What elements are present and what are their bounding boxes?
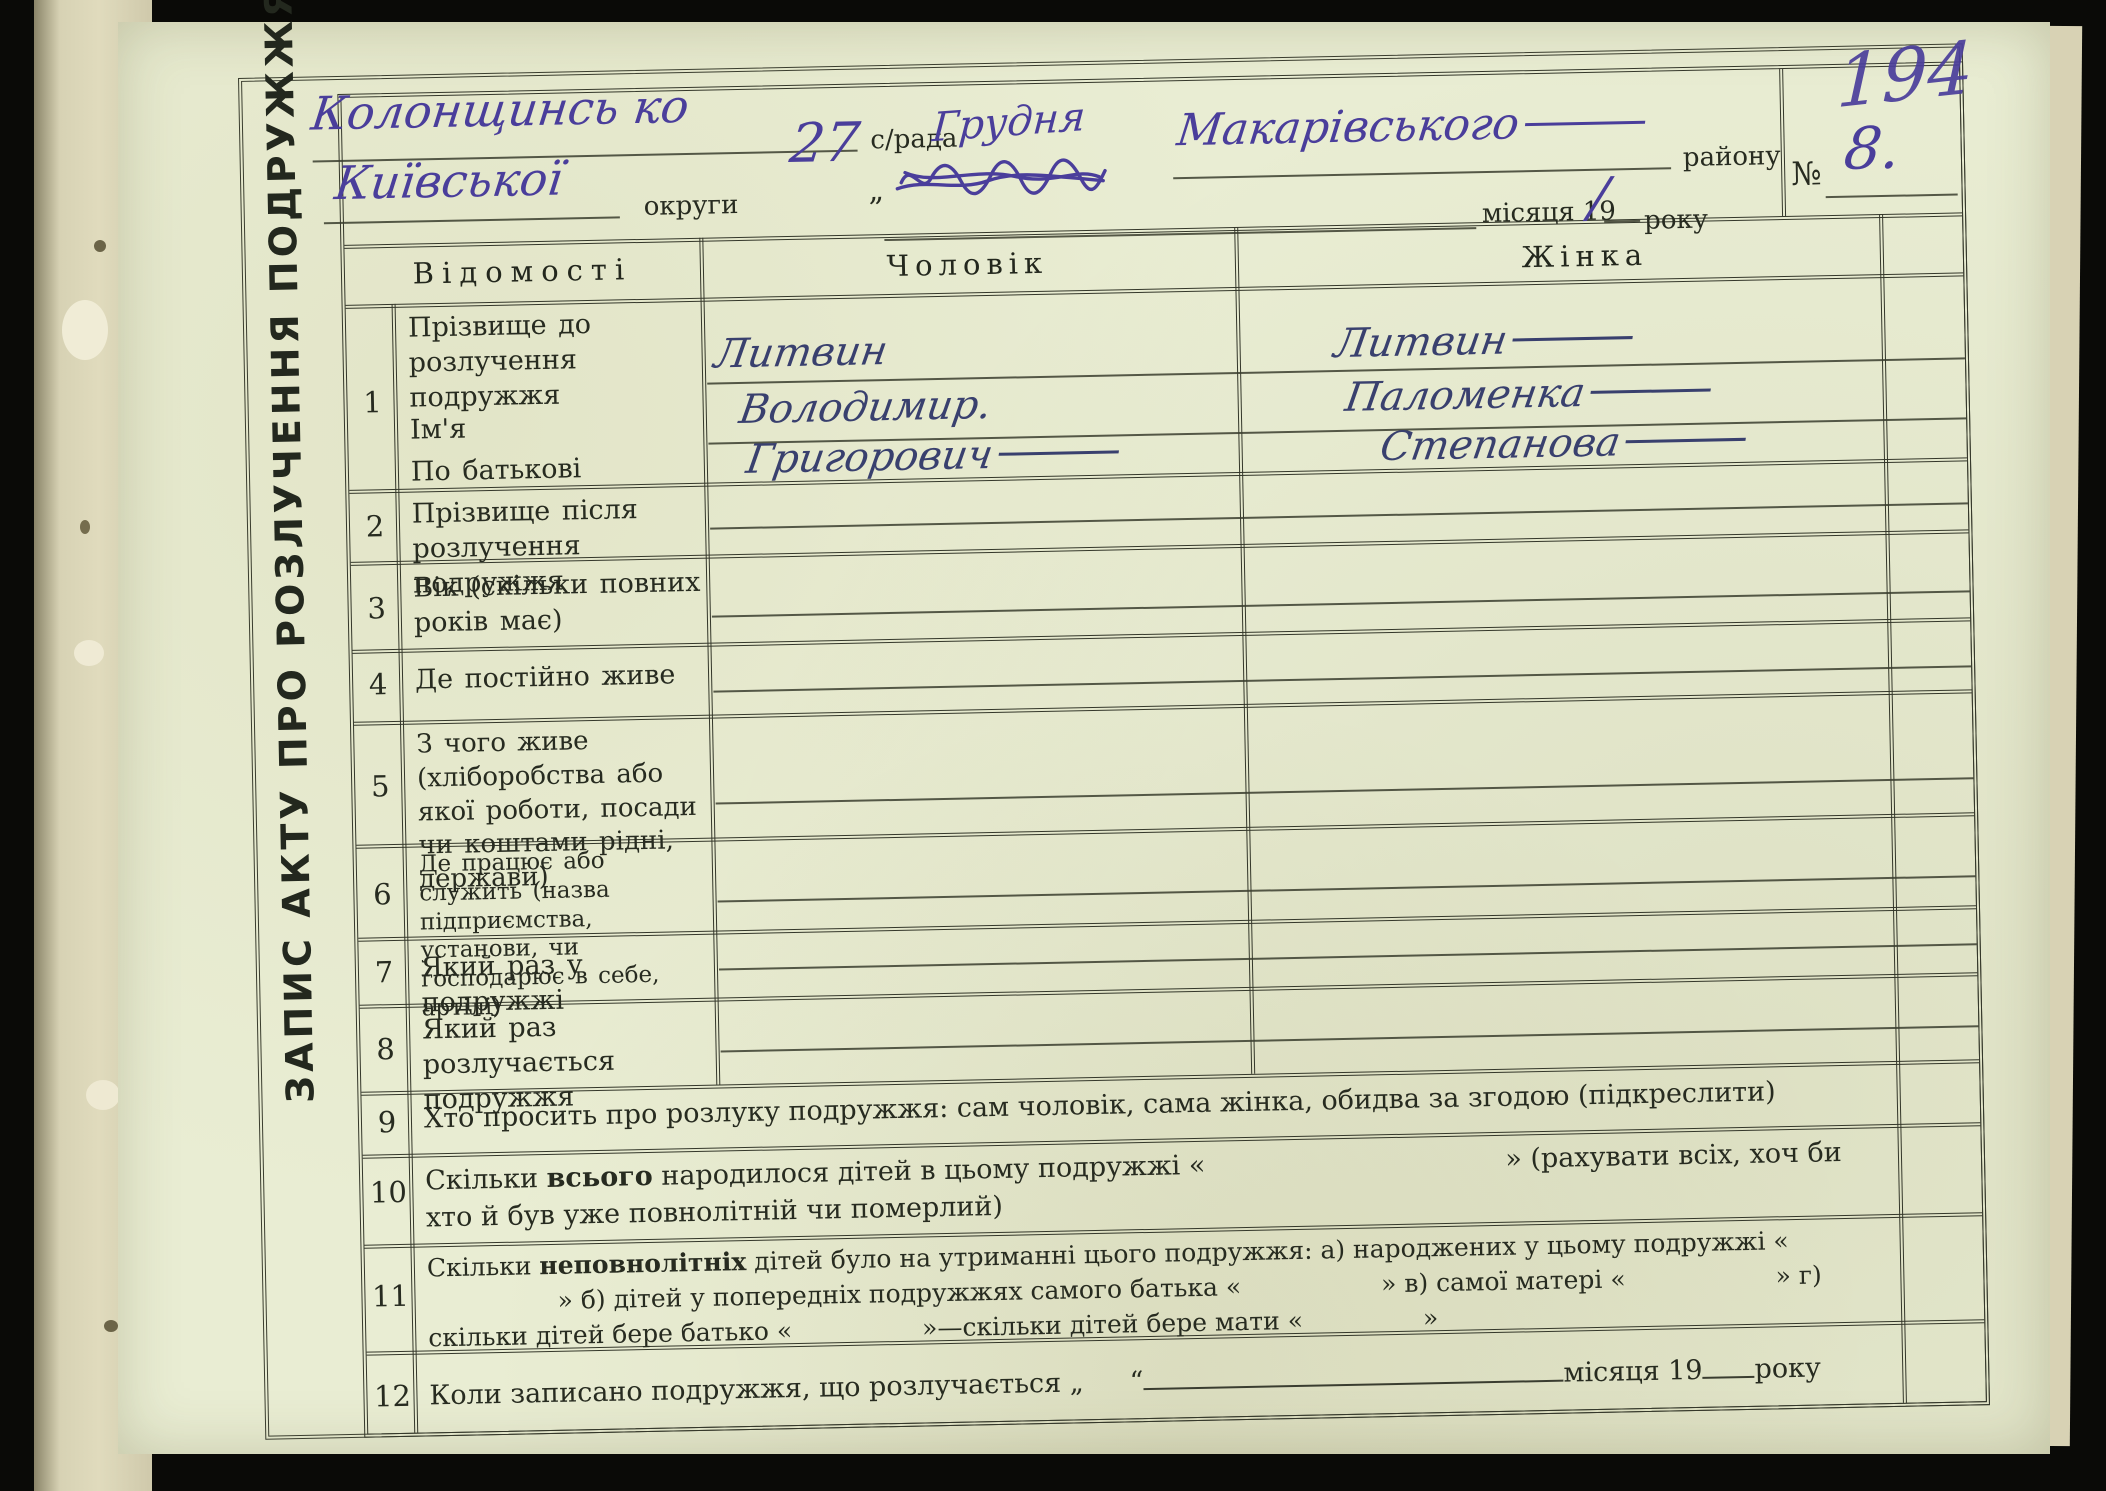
column-header-husband: Чоловік (700, 242, 1236, 287)
row-divider (354, 689, 1972, 725)
form-table: с/рада округи району „ місяця 19 року № … (337, 61, 1990, 1437)
scanned-photo-background: ЗАПИС АКТУ ПРО РОЗЛУЧЕННЯ ПОДРУЖЖЯ (0, 0, 2106, 1491)
column-header-wife: Жінка (1235, 232, 1936, 280)
column-header-info: Відомості (345, 251, 701, 292)
row11-blank-gap (1241, 1292, 1381, 1295)
row3-label: Вік (скільки повних років має) (413, 565, 702, 641)
act-number-handwritten-value: 8. (1841, 119, 1903, 178)
okruha-label: округи (643, 190, 738, 222)
row-number: 12 (371, 1379, 414, 1414)
row-number: 5 (359, 769, 402, 804)
row-number: 2 (354, 509, 397, 544)
husband-patronymic-handwritten: Григорович (744, 432, 1122, 480)
row11-blank-gap (792, 1337, 922, 1340)
row10-text: Скільки (425, 1163, 547, 1196)
row7-writing-line (719, 943, 1977, 970)
row1-label-patronymic: По батькові (411, 449, 700, 490)
raion-handwritten-value: Макарівського (1175, 100, 1648, 154)
vertical-form-title: ЗАПИС АКТУ ПРО РОЗЛУЧЕННЯ ПОДРУЖЖЯ (260, 153, 323, 1104)
row-number: 11 (369, 1279, 412, 1314)
day-open-quote: „ (868, 173, 884, 208)
row12-text: Коли записано подружжя, що розлучається … (429, 1367, 1084, 1411)
council-handwritten-value: Колонщинсь ко (309, 83, 692, 137)
row11-blank-gap (1303, 1326, 1423, 1328)
row6-writing-line (718, 875, 1976, 902)
stain-dot (94, 240, 106, 252)
sheet-number-handwritten: 194 (1835, 25, 1974, 125)
act-number-blank-line (1826, 194, 1958, 199)
husband-name-handwritten: Володимир. (737, 385, 995, 430)
row10-bold-word: всього (546, 1161, 653, 1194)
husband-wife-divider (1234, 227, 1255, 1074)
row8-writing-line (721, 1025, 1979, 1052)
row-number: 10 (367, 1175, 410, 1210)
row-number: 4 (357, 667, 400, 702)
row11-text: » (1423, 1303, 1439, 1332)
row12-label: Коли записано подружжя, що розлучається … (429, 1345, 1890, 1415)
crossed-out-month-scribble (895, 147, 1111, 203)
okruha-handwritten-value: Київської (332, 155, 565, 206)
day-handwritten-value: 27 (787, 115, 862, 171)
row5-writing-line (716, 777, 1974, 804)
stain-dot (80, 520, 90, 534)
row10-text: народилося дітей в цьому подружжі « (652, 1150, 1205, 1192)
husband-surname-handwritten: Литвин (712, 331, 891, 375)
row-number: 6 (361, 877, 404, 912)
row11-bold-word: неповнолітніх (539, 1247, 746, 1280)
raion-label: району (1683, 141, 1781, 173)
wife-surname-handwritten: Литвин (1331, 318, 1636, 364)
row12-year-blank (1702, 1348, 1755, 1379)
row11-text: » в) самої матері « (1381, 1264, 1626, 1298)
wife-patronymic-handwritten: Степанова (1378, 420, 1750, 467)
year-label: року (1644, 205, 1708, 236)
row1-label-surname-before: Прізвище до розлучення подружжя (408, 305, 698, 416)
row11-text: »—скільки дітей бере мати « (922, 1306, 1303, 1343)
row11-text: Скільки (427, 1251, 540, 1282)
printed-form-frame: ЗАПИС АКТУ ПРО РОЗЛУЧЕННЯ ПОДРУЖЖЯ (238, 43, 1990, 1439)
row12-blank-line (1143, 1352, 1564, 1390)
row12-year-label: року (1754, 1352, 1821, 1384)
torn-paper-spot (86, 1080, 120, 1110)
torn-paper-spot (62, 300, 108, 360)
row-number: 3 (355, 591, 398, 626)
month-handwritten-value: Грудня (931, 97, 1087, 148)
row11-blank-gap (428, 1309, 558, 1312)
row12-quote-gap (1084, 1390, 1130, 1391)
row11-blank-gap (1626, 1284, 1776, 1287)
row4-label: Де постійно живе (415, 657, 704, 698)
row4-writing-line (713, 665, 1971, 692)
row10-blank-gap (1206, 1168, 1506, 1174)
stain-dot (104, 1320, 118, 1332)
row12-month-label: місяця 19 (1563, 1355, 1703, 1389)
torn-paper-spot (74, 640, 104, 666)
row-number: 1 (351, 385, 394, 420)
row-number: 9 (366, 1105, 409, 1140)
row-number: 8 (364, 1032, 407, 1067)
row1-label-firstname: Ім'я (410, 407, 699, 448)
act-number-label: № (1791, 154, 1822, 193)
wife-name-handwritten: Паломенка (1343, 370, 1714, 417)
okruha-blank-line (324, 216, 620, 224)
row2-writing-line (710, 502, 1968, 529)
row-number: 7 (363, 955, 406, 990)
row3-writing-line (712, 590, 1970, 617)
row12-close-quote: “ (1129, 1366, 1143, 1397)
